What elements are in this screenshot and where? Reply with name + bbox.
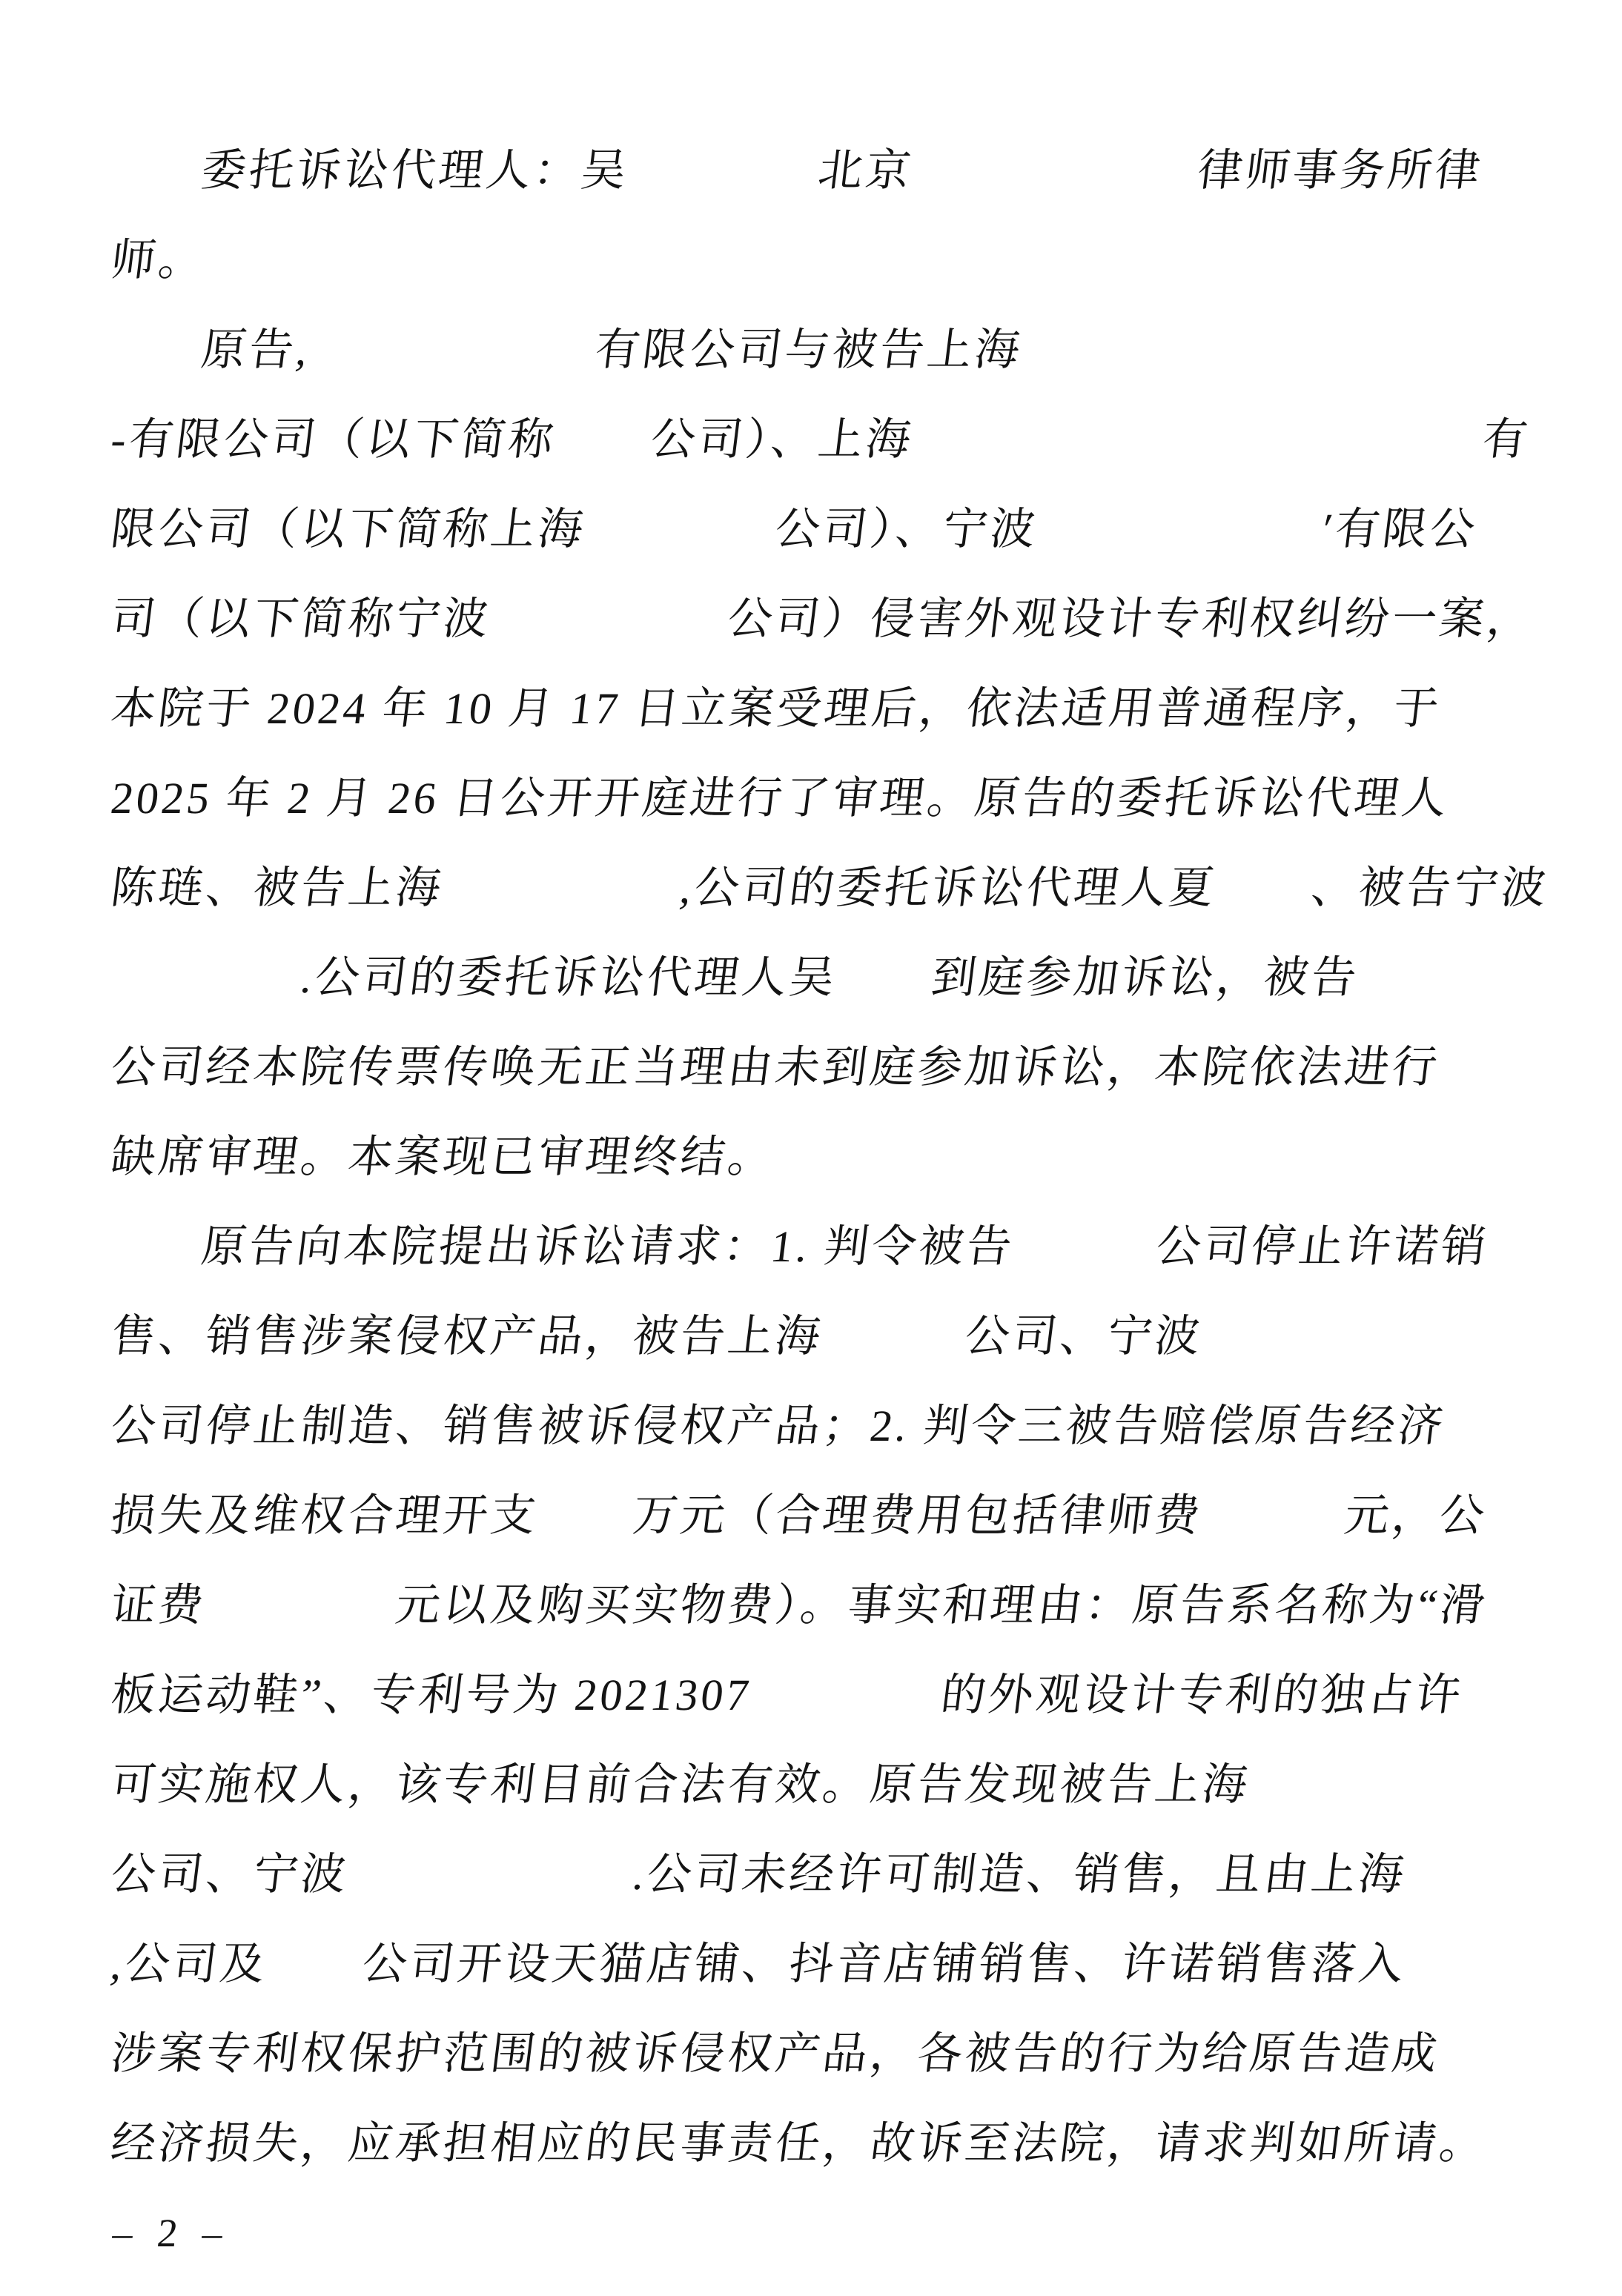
text-line: 售、销售涉案侵权产品，被告上海 公司、宁波 [106, 1292, 1598, 1381]
text-line: 2025 年 2 月 26 日公开开庭进行了审理。原告的委托诉讼代理人 [106, 754, 1598, 843]
text-line: 原告向本院提出诉讼请求：1. 判令被告 公司停止许诺销 [106, 1202, 1598, 1292]
document-body: 委托诉讼代理人：吴 北京 律师事务所律师。原告, 有限公司与被告上海-有限公司（… [111, 126, 1592, 2189]
text-line: 司（以下简称宁波 公司）侵害外观设计专利权纠纷一案， [106, 574, 1598, 664]
text-line: 损失及维权合理开支 万元（合理费用包括律师费 元，公 [106, 1471, 1598, 1561]
text-line: 公司、宁波 .公司未经许可制造、销售，且由上海 [106, 1830, 1598, 1920]
text-line: 限公司（以下简称上海 公司）、宁波 ′有限公 [106, 485, 1598, 574]
text-line: 缺席审理。本案现已审理终结。 [106, 1112, 1598, 1202]
text-line: 本院于 2024 年 10 月 17 日立案受理后，依法适用普通程序，于 [106, 664, 1598, 754]
text-line: 师。 [106, 216, 1598, 305]
text-line: -有限公司（以下简称 公司）、上海 有 [106, 395, 1598, 485]
text-line: 公司停止制造、销售被诉侵权产品；2. 判令三被告赔偿原告经济 [106, 1381, 1598, 1471]
text-line: .公司的委托诉讼代理人吴 到庭参加诉讼，被告 [106, 933, 1598, 1023]
text-line: 委托诉讼代理人：吴 北京 律师事务所律 [106, 126, 1598, 216]
text-line: 陈琏、被告上海 ,公司的委托诉讼代理人夏 、被告宁波 [106, 843, 1598, 933]
text-line: 原告, 有限公司与被告上海 [106, 305, 1598, 395]
text-line: 经济损失，应承担相应的民事责任，故诉至法院，请求判如所请。 [106, 2099, 1598, 2189]
text-line: 可实施权人，该专利目前合法有效。原告发现被告上海 [106, 1740, 1598, 1830]
text-line: 证费 元以及购买实物费）。事实和理由：原告系名称为“滑 [106, 1561, 1598, 1650]
page-number: – 2 – [109, 2200, 233, 2266]
text-line: 公司经本院传票传唤无正当理由未到庭参加诉讼，本院依法进行 [106, 1023, 1598, 1112]
scanned-court-document-page: 委托诉讼代理人：吴 北京 律师事务所律师。原告, 有限公司与被告上海-有限公司（… [0, 0, 1622, 2296]
text-line: 涉案专利权保护范围的被诉侵权产品，各被告的行为给原告造成 [106, 2009, 1598, 2099]
text-line: 板运动鞋”、专利号为 2021307 的外观设计专利的独占许 [106, 1650, 1598, 1740]
text-line: ,公司及 公司开设天猫店铺、抖音店铺销售、许诺销售落入 [106, 1920, 1598, 2009]
